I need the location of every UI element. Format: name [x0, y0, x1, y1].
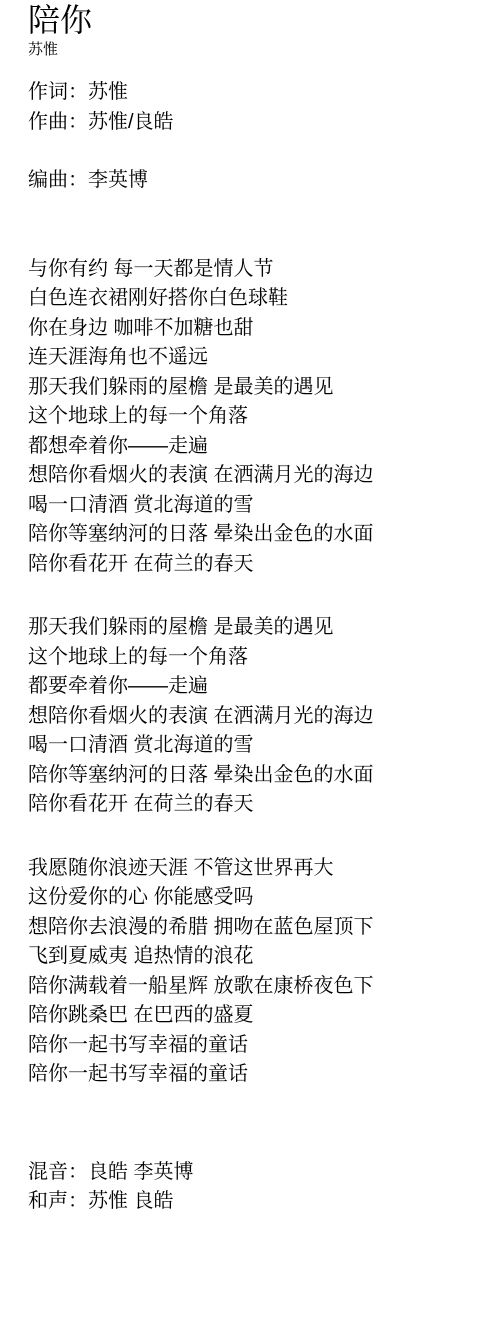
lyric-line: 想陪你看烟火的表演 在洒满月光的海边: [28, 702, 480, 732]
lyric-line: 与你有约 每一天都是情人节: [28, 255, 480, 285]
stanza: 我愿随你浪迹天涯 不管这世界再大这份爱你的心 你能感受吗想陪你去浪漫的希腊 拥吻…: [28, 854, 480, 1090]
stanza: 与你有约 每一天都是情人节白色连衣裙刚好搭你白色球鞋你在身边 咖啡不加糖也甜连天…: [28, 255, 480, 580]
credits-top: 作词：苏惟 作曲：苏惟/良皓: [28, 78, 480, 137]
lyric-line: 都想牵着你——走遍: [28, 432, 480, 462]
lyric-line: 想陪你去浪漫的希腊 拥吻在蓝色屋顶下: [28, 913, 480, 943]
lyric-line: 陪你跳桑巴 在巴西的盛夏: [28, 1001, 480, 1031]
lyric-line: 陪你一起书写幸福的童话: [28, 1031, 480, 1061]
lyric-line: 那天我们躲雨的屋檐 是最美的遇见: [28, 373, 480, 403]
lyric-line: 喝一口清酒 赏北海道的雪: [28, 491, 480, 521]
lyrics-section: 与你有约 每一天都是情人节白色连衣裙刚好搭你白色球鞋你在身边 咖啡不加糖也甜连天…: [28, 255, 480, 1090]
stanza: 那天我们躲雨的屋檐 是最美的遇见这个地球上的每一个角落都要牵着你——走遍想陪你看…: [28, 613, 480, 820]
lyric-line: 陪你等塞纳河的日落 晕染出金色的水面: [28, 520, 480, 550]
lyric-line: 这个地球上的每一个角落: [28, 402, 480, 432]
lyric-line: 陪你看花开 在荷兰的春天: [28, 790, 480, 820]
lyrics-page: 陪你 苏惟 作词：苏惟 作曲：苏惟/良皓 编曲：李英博 与你有约 每一天都是情人…: [0, 0, 500, 1327]
lyric-line: 陪你等塞纳河的日落 晕染出金色的水面: [28, 761, 480, 791]
credits-bottom: 混音：良皓 李英博 和声：苏惟 良皓: [28, 1158, 480, 1327]
lyric-line: 陪你满载着一船星辉 放歌在康桥夜色下: [28, 972, 480, 1002]
lyric-line: 连天涯海角也不遥远: [28, 343, 480, 373]
lyric-line: 我愿随你浪迹天涯 不管这世界再大: [28, 854, 480, 884]
lyric-line: 喝一口清酒 赏北海道的雪: [28, 731, 480, 761]
lyric-line: 陪你看花开 在荷兰的春天: [28, 550, 480, 580]
lyric-line: 这个地球上的每一个角落: [28, 643, 480, 673]
lyric-line: 你在身边 咖啡不加糖也甜: [28, 314, 480, 344]
lyric-line: 白色连衣裙刚好搭你白色球鞋: [28, 284, 480, 314]
mixing-line: 混音：良皓 李英博: [28, 1158, 480, 1188]
lyric-line: 陪你一起书写幸福的童话: [28, 1060, 480, 1090]
lyric-line: 飞到夏威夷 追热情的浪花: [28, 942, 480, 972]
arranger-line: 编曲：李英博: [28, 166, 480, 196]
lyric-line: 都要牵着你——走遍: [28, 672, 480, 702]
lyric-line: 想陪你看烟火的表演 在洒满月光的海边: [28, 461, 480, 491]
arranger-block: 编曲：李英博: [28, 166, 480, 196]
artist-name: 苏惟: [28, 40, 480, 60]
lyricist-line: 作词：苏惟: [28, 78, 480, 108]
composer-line: 作曲：苏惟/良皓: [28, 108, 480, 138]
harmony-line: 和声：苏惟 良皓: [28, 1187, 480, 1217]
lyric-line: 这份爱你的心 你能感受吗: [28, 883, 480, 913]
lyric-line: 那天我们躲雨的屋檐 是最美的遇见: [28, 613, 480, 643]
song-title: 陪你: [28, 0, 480, 40]
